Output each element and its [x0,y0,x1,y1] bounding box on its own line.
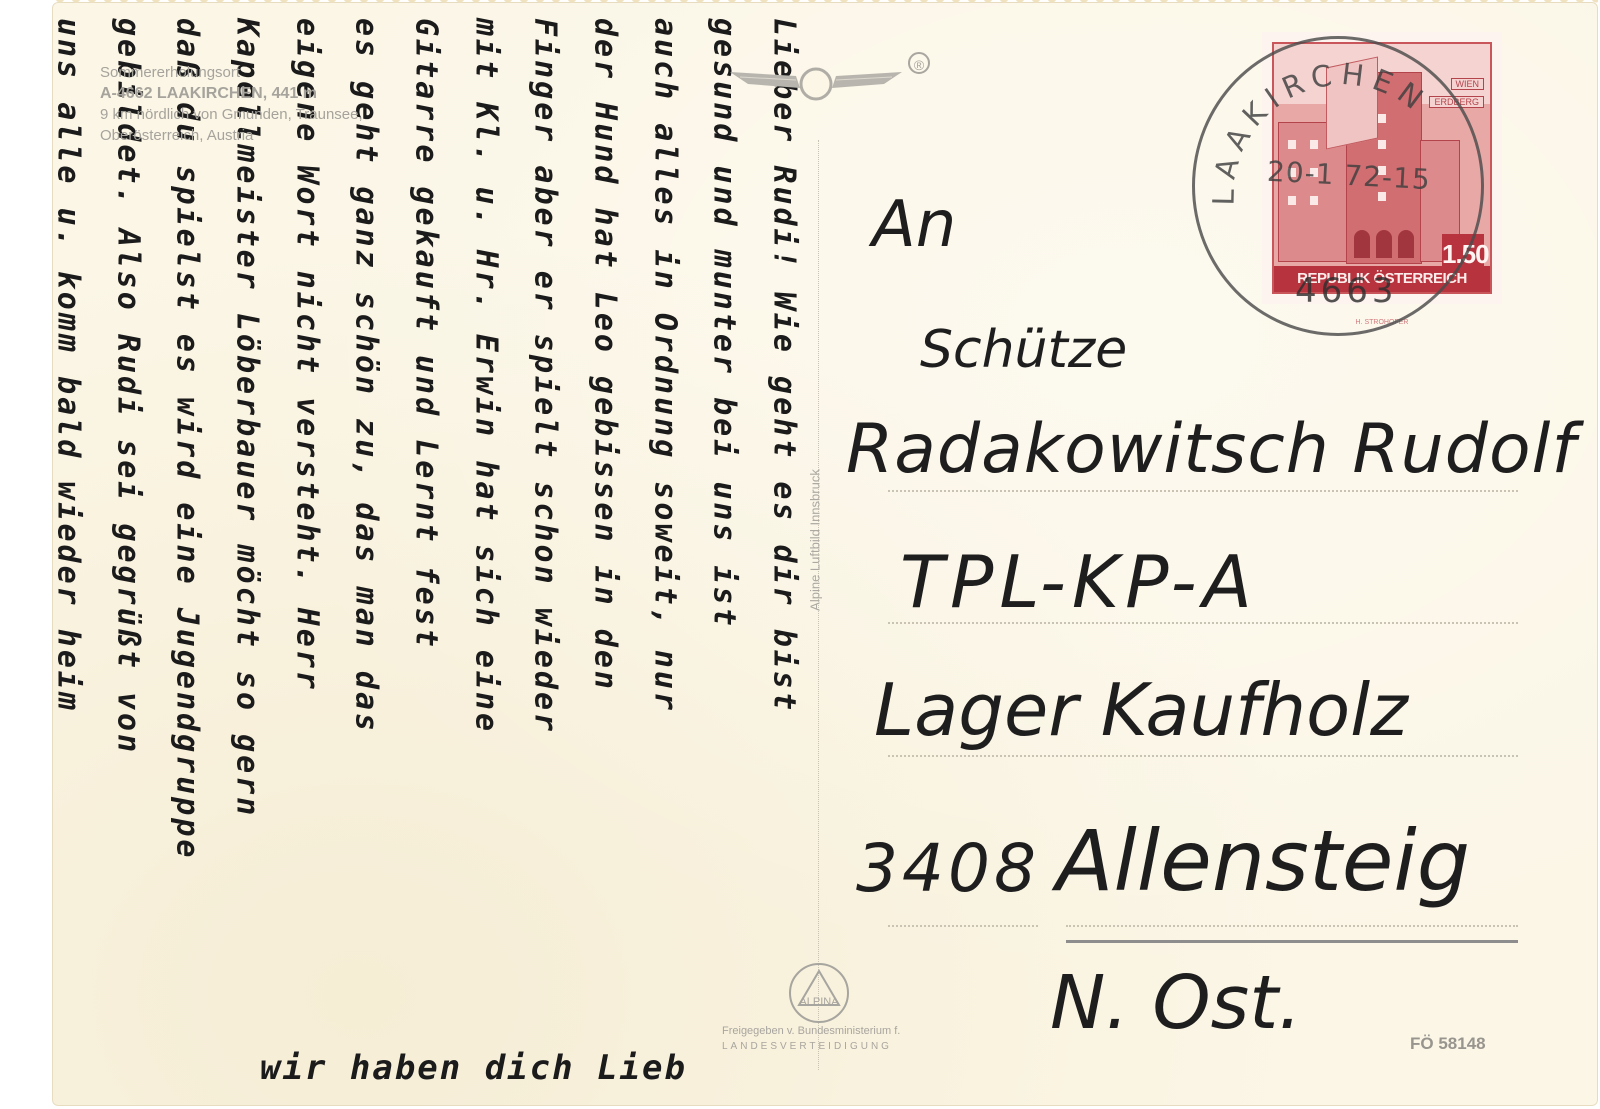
caption-line-4: Oberösterreich, Austria [100,125,363,146]
address-line-1 [888,490,1518,492]
approval-line-2: LANDESVERTEIDIGUNG [722,1039,900,1054]
address-camp: Lager Kaufholz [874,668,1408,752]
message-column: auch alles in Ordnung soweit, nur [645,18,685,1018]
address-underline [1066,940,1518,943]
postmark-postcode: 4663 [1295,271,1398,311]
message-column-text: mit Kl. u. Hr. Erwin hat sich eine [468,18,503,734]
message-column-text: Lieber Rudi! Wie geht es dir bist [767,18,802,713]
message-column-text: gesund und munter bei uns ist [707,18,742,629]
caption-line-2: A-4662 LAAKIRCHEN, 441 m [100,83,363,104]
message-column: gesund und munter bei uns ist [704,18,744,1018]
address-line-3 [888,755,1518,757]
message-column: mit Kl. u. Hr. Erwin hat sich eine [466,18,506,1018]
address-city: Allensteig [1056,812,1470,910]
message-column: gebildet. Also Rudi sei gegrüßt von [108,18,148,1018]
approval-credit: Freigegeben v. Bundesministerium f. LAND… [722,1024,900,1054]
caption-line-3: 9 km nördlich von Gmunden, Traunsee, [100,104,363,125]
alpina-logo-icon: ALPINA [789,963,849,1023]
message-column: daß du spielst es wird eine Jugendgruppe [167,18,207,1018]
address-rank: Schütze [920,320,1127,380]
address-line-4a [888,925,1038,927]
message-column: es geht ganz schön zu, das man das [346,18,386,1018]
printed-caption: Sommererholungsort A-4662 LAAKIRCHEN, 44… [100,62,363,146]
address-name: Radakowitsch Rudolf [846,410,1576,489]
address-postcode: 3408 [856,830,1040,907]
message-column-text: Finger aber er spielt schon wieder [528,18,563,734]
registered-trademark-icon: ® [908,52,930,74]
approval-line-1: Freigegeben v. Bundesministerium f. [722,1024,900,1039]
message-column: uns alle u. komm bald wieder heim [48,18,88,1018]
message-column-text: auch alles in Ordnung soweit, nur [647,18,682,713]
svg-text:ALPINA: ALPINA [799,996,839,1008]
postmark: LAAKIRCHEN 20-1 72-15 4663 [1192,36,1484,336]
message-column: Lieber Rudi! Wie geht es dir bist [764,18,804,1018]
message-column-text: Gitarre gekauft und Lernt fest [409,18,444,650]
address-line-2 [888,622,1518,624]
address-salutation: An [872,188,956,262]
card-code: FÖ 58148 [1410,1034,1486,1054]
address-unit: TPL-KP-A [900,540,1258,624]
message-column-text: uns alle u. komm bald wieder heim [51,18,86,713]
wings-logo-icon [730,64,902,104]
message-column: Gitarre gekauft und Lernt fest [406,18,446,1018]
message-column: Finger aber er spielt schon wieder [525,18,565,1018]
message-closing: wir haben dich Lieb [260,1048,687,1088]
address-line-4b [1066,925,1518,927]
address-region: N. Ost. [1050,960,1302,1046]
message-column: Kapellmeister Löberbauer möcht so gern [227,18,267,1018]
message-column-text: der Hund hat Leo gebissen in den [588,18,623,692]
caption-line-1: Sommererholungsort [100,62,363,83]
publisher-credit: Alpine Luftbild Innsbruck [808,469,823,611]
message-column: der Hund hat Leo gebissen in den [585,18,625,1018]
message-column: eigene Wort nicht versteht. Herr [287,18,327,1018]
